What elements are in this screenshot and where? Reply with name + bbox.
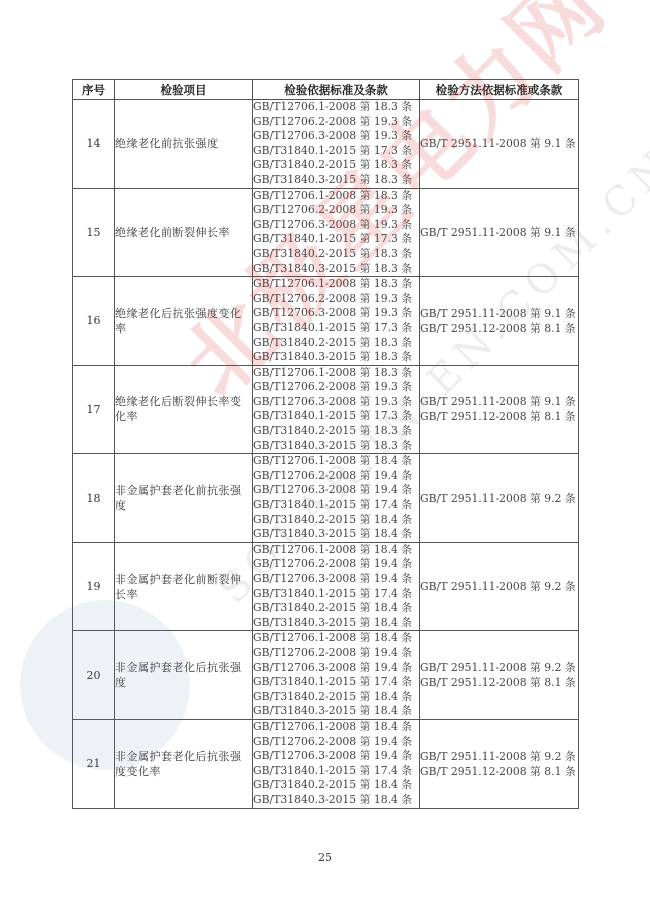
header-test-method: 检验方法依据标准或条款 xyxy=(420,80,579,100)
basis-clause: GB/T12706.2-2008 第 19.3 条 xyxy=(253,292,419,307)
table-body: 14绝缘老化前抗张强度GB/T12706.1-2008 第 18.3 条GB/T… xyxy=(73,100,579,809)
inspection-basis-cell: GB/T12706.1-2008 第 18.3 条GB/T12706.2-200… xyxy=(253,100,420,189)
test-method-cell: GB/T 2951.11-2008 第 9.2 条 xyxy=(420,454,579,543)
serial-number-cell: 15 xyxy=(73,188,115,277)
table-row: 18非金属护套老化前抗张强度GB/T12706.1-2008 第 18.4 条G… xyxy=(73,454,579,543)
basis-clause: GB/T31840.2-2015 第 18.3 条 xyxy=(253,247,419,262)
basis-clause: GB/T12706.2-2008 第 19.4 条 xyxy=(253,557,419,572)
method-clause: GB/T 2951.11-2008 第 9.1 条 xyxy=(420,306,578,321)
inspection-standards-table: 序号 检验项目 检验依据标准及条款 检验方法依据标准或条款 14绝缘老化前抗张强… xyxy=(72,79,579,809)
inspection-basis-cell: GB/T12706.1-2008 第 18.4 条GB/T12706.2-200… xyxy=(253,631,420,720)
table-row: 21非金属护套老化后抗张强度变化率GB/T12706.1-2008 第 18.4… xyxy=(73,719,579,808)
basis-clause: GB/T31840.2-2015 第 18.3 条 xyxy=(253,424,419,439)
method-clause: GB/T 2951.11-2008 第 9.2 条 xyxy=(420,660,578,675)
basis-clause: GB/T12706.3-2008 第 19.3 条 xyxy=(253,306,419,321)
inspection-item-cell: 绝缘老化后断裂伸长率变化率 xyxy=(115,365,253,454)
basis-clause: GB/T31840.3-2015 第 18.4 条 xyxy=(253,793,419,808)
basis-clause: GB/T31840.1-2015 第 17.4 条 xyxy=(253,587,419,602)
basis-clause: GB/T31840.1-2015 第 17.3 条 xyxy=(253,409,419,424)
inspection-item-cell: 绝缘老化前断裂伸长率 xyxy=(115,188,253,277)
inspection-basis-cell: GB/T12706.1-2008 第 18.3 条GB/T12706.2-200… xyxy=(253,365,420,454)
inspection-item-cell: 非金属护套老化后抗张强度 xyxy=(115,631,253,720)
method-clause: GB/T 2951.12-2008 第 8.1 条 xyxy=(420,764,578,779)
basis-clause: GB/T31840.1-2015 第 17.3 条 xyxy=(253,321,419,336)
basis-clause: GB/T12706.1-2008 第 18.3 条 xyxy=(253,366,419,381)
basis-clause: GB/T12706.3-2008 第 19.4 条 xyxy=(253,483,419,498)
basis-clause: GB/T31840.1-2015 第 17.4 条 xyxy=(253,764,419,779)
method-clause: GB/T 2951.12-2008 第 8.1 条 xyxy=(420,321,578,336)
basis-clause: GB/T31840.2-2015 第 18.4 条 xyxy=(253,601,419,616)
test-method-cell: GB/T 2951.11-2008 第 9.1 条 xyxy=(420,100,579,189)
basis-clause: GB/T12706.3-2008 第 19.3 条 xyxy=(253,218,419,233)
basis-clause: GB/T31840.2-2015 第 18.3 条 xyxy=(253,158,419,173)
basis-clause: GB/T12706.2-2008 第 19.4 条 xyxy=(253,469,419,484)
basis-clause: GB/T12706.2-2008 第 19.3 条 xyxy=(253,115,419,130)
test-method-cell: GB/T 2951.11-2008 第 9.2 条GB/T 2951.12-20… xyxy=(420,631,579,720)
page-number: 25 xyxy=(0,851,650,864)
serial-number-cell: 14 xyxy=(73,100,115,189)
table-row: 19非金属护套老化前断裂伸长率GB/T12706.1-2008 第 18.4 条… xyxy=(73,542,579,631)
method-clause: GB/T 2951.11-2008 第 9.2 条 xyxy=(420,491,578,506)
test-method-cell: GB/T 2951.11-2008 第 9.1 条GB/T 2951.12-20… xyxy=(420,277,579,366)
table-row: 20非金属护套老化后抗张强度GB/T12706.1-2008 第 18.4 条G… xyxy=(73,631,579,720)
serial-number-cell: 16 xyxy=(73,277,115,366)
header-inspection-basis: 检验依据标准及条款 xyxy=(253,80,420,100)
basis-clause: GB/T12706.3-2008 第 19.3 条 xyxy=(253,395,419,410)
basis-clause: GB/T31840.2-2015 第 18.4 条 xyxy=(253,690,419,705)
inspection-item-cell: 绝缘老化后抗张强度变化率 xyxy=(115,277,253,366)
header-serial-number: 序号 xyxy=(73,80,115,100)
basis-clause: GB/T31840.3-2015 第 18.3 条 xyxy=(253,173,419,188)
basis-clause: GB/T12706.2-2008 第 19.3 条 xyxy=(253,380,419,395)
method-clause: GB/T 2951.11-2008 第 9.1 条 xyxy=(420,394,578,409)
method-clause: GB/T 2951.12-2008 第 8.1 条 xyxy=(420,409,578,424)
basis-clause: GB/T12706.3-2008 第 19.4 条 xyxy=(253,572,419,587)
basis-clause: GB/T31840.2-2015 第 18.4 条 xyxy=(253,513,419,528)
basis-clause: GB/T12706.1-2008 第 18.4 条 xyxy=(253,454,419,469)
inspection-item-cell: 非金属护套老化前抗张强度 xyxy=(115,454,253,543)
basis-clause: GB/T12706.1-2008 第 18.4 条 xyxy=(253,543,419,558)
serial-number-cell: 18 xyxy=(73,454,115,543)
table-row: 15绝缘老化前断裂伸长率GB/T12706.1-2008 第 18.3 条GB/… xyxy=(73,188,579,277)
basis-clause: GB/T31840.3-2015 第 18.4 条 xyxy=(253,527,419,542)
basis-clause: GB/T12706.2-2008 第 19.3 条 xyxy=(253,203,419,218)
basis-clause: GB/T31840.1-2015 第 17.3 条 xyxy=(253,144,419,159)
basis-clause: GB/T12706.3-2008 第 19.4 条 xyxy=(253,749,419,764)
basis-clause: GB/T12706.1-2008 第 18.3 条 xyxy=(253,189,419,204)
table-header-row: 序号 检验项目 检验依据标准及条款 检验方法依据标准或条款 xyxy=(73,80,579,100)
method-clause: GB/T 2951.11-2008 第 9.2 条 xyxy=(420,579,578,594)
basis-clause: GB/T31840.3-2015 第 18.4 条 xyxy=(253,704,419,719)
basis-clause: GB/T31840.3-2015 第 18.4 条 xyxy=(253,616,419,631)
inspection-item-cell: 非金属护套老化前断裂伸长率 xyxy=(115,542,253,631)
basis-clause: GB/T12706.2-2008 第 19.4 条 xyxy=(253,735,419,750)
serial-number-cell: 17 xyxy=(73,365,115,454)
basis-clause: GB/T12706.3-2008 第 19.3 条 xyxy=(253,129,419,144)
serial-number-cell: 19 xyxy=(73,542,115,631)
basis-clause: GB/T12706.2-2008 第 19.4 条 xyxy=(253,646,419,661)
method-clause: GB/T 2951.12-2008 第 8.1 条 xyxy=(420,675,578,690)
serial-number-cell: 20 xyxy=(73,631,115,720)
basis-clause: GB/T31840.3-2015 第 18.3 条 xyxy=(253,439,419,454)
table-row: 16绝缘老化后抗张强度变化率GB/T12706.1-2008 第 18.3 条G… xyxy=(73,277,579,366)
method-clause: GB/T 2951.11-2008 第 9.2 条 xyxy=(420,749,578,764)
basis-clause: GB/T31840.2-2015 第 18.4 条 xyxy=(253,778,419,793)
basis-clause: GB/T12706.1-2008 第 18.3 条 xyxy=(253,100,419,115)
inspection-basis-cell: GB/T12706.1-2008 第 18.4 条GB/T12706.2-200… xyxy=(253,719,420,808)
inspection-basis-cell: GB/T12706.1-2008 第 18.3 条GB/T12706.2-200… xyxy=(253,277,420,366)
method-clause: GB/T 2951.11-2008 第 9.1 条 xyxy=(420,225,578,240)
header-inspection-item: 检验项目 xyxy=(115,80,253,100)
basis-clause: GB/T12706.1-2008 第 18.3 条 xyxy=(253,277,419,292)
test-method-cell: GB/T 2951.11-2008 第 9.1 条GB/T 2951.12-20… xyxy=(420,365,579,454)
basis-clause: GB/T31840.1-2015 第 17.4 条 xyxy=(253,675,419,690)
basis-clause: GB/T12706.3-2008 第 19.4 条 xyxy=(253,661,419,676)
inspection-item-cell: 非金属护套老化后抗张强度变化率 xyxy=(115,719,253,808)
basis-clause: GB/T31840.3-2015 第 18.3 条 xyxy=(253,350,419,365)
test-method-cell: GB/T 2951.11-2008 第 9.2 条 xyxy=(420,542,579,631)
inspection-basis-cell: GB/T12706.1-2008 第 18.4 条GB/T12706.2-200… xyxy=(253,454,420,543)
method-clause: GB/T 2951.11-2008 第 9.1 条 xyxy=(420,136,578,151)
basis-clause: GB/T31840.1-2015 第 17.3 条 xyxy=(253,232,419,247)
basis-clause: GB/T12706.1-2008 第 18.4 条 xyxy=(253,631,419,646)
basis-clause: GB/T31840.1-2015 第 17.4 条 xyxy=(253,498,419,513)
basis-clause: GB/T31840.3-2015 第 18.3 条 xyxy=(253,262,419,277)
basis-clause: GB/T12706.1-2008 第 18.4 条 xyxy=(253,720,419,735)
basis-clause: GB/T31840.2-2015 第 18.3 条 xyxy=(253,336,419,351)
inspection-basis-cell: GB/T12706.1-2008 第 18.3 条GB/T12706.2-200… xyxy=(253,188,420,277)
test-method-cell: GB/T 2951.11-2008 第 9.2 条GB/T 2951.12-20… xyxy=(420,719,579,808)
inspection-item-cell: 绝缘老化前抗张强度 xyxy=(115,100,253,189)
test-method-cell: GB/T 2951.11-2008 第 9.1 条 xyxy=(420,188,579,277)
inspection-basis-cell: GB/T12706.1-2008 第 18.4 条GB/T12706.2-200… xyxy=(253,542,420,631)
serial-number-cell: 21 xyxy=(73,719,115,808)
table-row: 14绝缘老化前抗张强度GB/T12706.1-2008 第 18.3 条GB/T… xyxy=(73,100,579,189)
table-row: 17绝缘老化后断裂伸长率变化率GB/T12706.1-2008 第 18.3 条… xyxy=(73,365,579,454)
